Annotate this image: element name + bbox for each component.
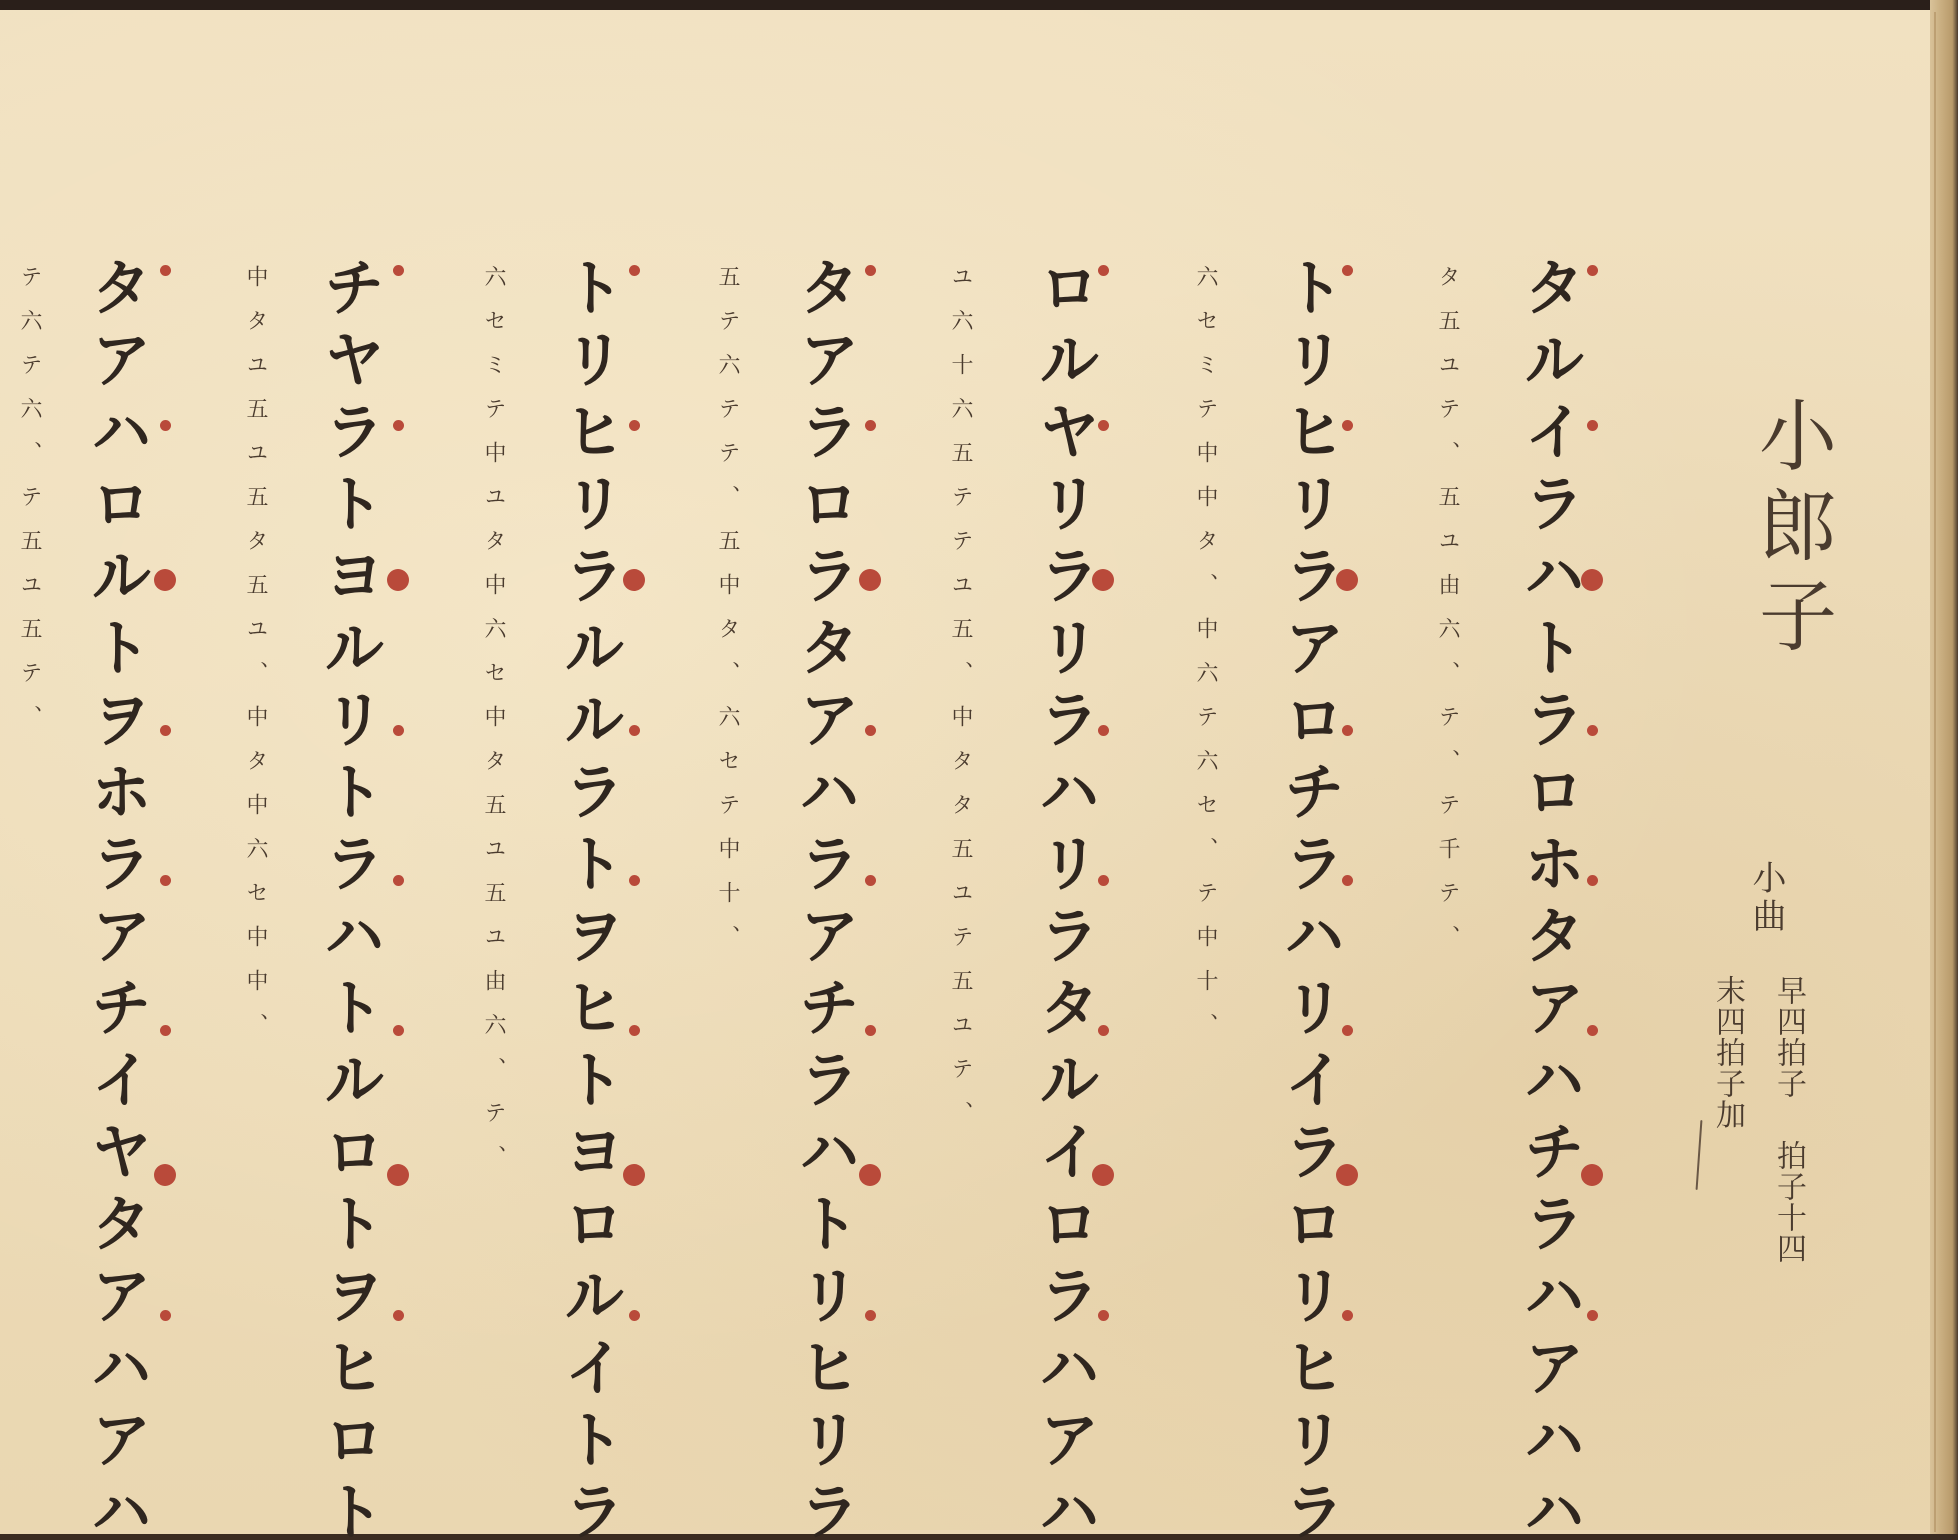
annotation-column-2: 六セミテ中中タ、中六テ六セ、テ中十、: [1190, 265, 1221, 1165]
rhythm-dot: [393, 420, 404, 431]
notation-column-5: トリヒリラルルラトヲヒトヨロルイトラロホタアハア: [545, 255, 634, 1435]
genre-label: 小曲: [1742, 860, 1791, 936]
rhythm-dot: [1587, 725, 1598, 736]
rhythm-dot-large: [387, 569, 409, 591]
rhythm-dot: [393, 725, 404, 736]
rhythm-dot: [160, 1310, 171, 1321]
rhythm-dot: [160, 725, 171, 736]
rhythm-dot: [629, 1025, 640, 1036]
rhythm-dot: [1587, 420, 1598, 431]
rhythm-dot: [629, 265, 640, 276]
notation-column-3: ロルヤリラリラハリラタルイロラハアハハ: [1020, 255, 1109, 1435]
annotation-column-6: 中タユ五ユ五タ五ユ、中タ中六セ中中、: [240, 265, 271, 1165]
meter-main-label: 早四拍子: [1773, 975, 1803, 1099]
rhythm-dot: [393, 265, 404, 276]
rhythm-dot: [629, 725, 640, 736]
rhythm-dot: [629, 875, 640, 886]
rhythm-dot: [1098, 875, 1109, 886]
rhythm-dot-large: [1581, 1164, 1603, 1186]
rhythm-dot: [629, 420, 640, 431]
rhythm-dot: [865, 1310, 876, 1321]
rhythm-dot: [1342, 875, 1353, 886]
rhythm-dot: [1342, 1310, 1353, 1321]
annotation-column-7: テ六テ六、テ五ユ五テ、: [14, 265, 45, 1165]
rhythm-dot-large: [1092, 569, 1114, 591]
notation-column-1: タルイラハトラロホタアハチラハアハハ: [1505, 255, 1594, 1435]
beat-count-label: 拍子十四: [1773, 1140, 1803, 1264]
rhythm-dot-large: [154, 569, 176, 591]
rhythm-dot-large: [1092, 1164, 1114, 1186]
rhythm-dot: [1342, 1025, 1353, 1036]
annotation-column-3: ユ六十六五テテユ五、中タタ五ユテ五ユテ、: [945, 265, 976, 1165]
meter-note-label: 末四拍子加: [1712, 975, 1742, 1130]
rhythm-dot-large: [1336, 569, 1358, 591]
page-bottom-shadow: [0, 1534, 1958, 1540]
rhythm-dot: [160, 420, 171, 431]
rhythm-dot: [1098, 1310, 1109, 1321]
rhythm-dot: [865, 875, 876, 886]
notation-column-6: チヤラトヨルリトラハトルロトヲヒロトホヲハハ: [305, 255, 394, 1435]
rhythm-dot-large: [1581, 569, 1603, 591]
notation-column-4: タアラロラタアハラアチラハトリヒリラチヒイ: [780, 255, 869, 1435]
rhythm-dot: [629, 1310, 640, 1321]
notation-column-7: タアハロルトヲホラアチイヤタアハアハハ: [72, 255, 161, 1435]
rhythm-dot: [160, 265, 171, 276]
rhythm-dot-large: [387, 1164, 409, 1186]
rhythm-dot-large: [859, 1164, 881, 1186]
rhythm-dot: [393, 1025, 404, 1036]
rhythm-dot: [1098, 725, 1109, 736]
rhythm-dot: [1587, 265, 1598, 276]
rhythm-dot: [1342, 725, 1353, 736]
rhythm-dot: [1587, 875, 1598, 886]
rhythm-dot-large: [859, 569, 881, 591]
spine-crease: [1934, 12, 1936, 1532]
rhythm-dot: [865, 725, 876, 736]
rhythm-dot: [160, 1025, 171, 1036]
rhythm-dot-large: [154, 1164, 176, 1186]
rhythm-dot-large: [1336, 1164, 1358, 1186]
rhythm-dot: [1098, 1025, 1109, 1036]
rhythm-dot: [160, 875, 171, 886]
rhythm-dot-large: [623, 1164, 645, 1186]
rhythm-dot: [865, 265, 876, 276]
rhythm-dot: [1587, 1310, 1598, 1321]
rhythm-dot-large: [623, 569, 645, 591]
rhythm-dot: [1098, 265, 1109, 276]
rhythm-dot: [1587, 1025, 1598, 1036]
notation-column-2: トリヒリラアロチラハリイラロリヒリラチヒイハハ: [1265, 255, 1354, 1435]
annotation-column-4: 五テ六テテ、五中タ、六セテ中十、: [712, 265, 743, 1165]
rhythm-dot: [865, 1025, 876, 1036]
rhythm-dot: [865, 420, 876, 431]
annotation-column-5: 六セミテ中ユタ中六セ中タ五ユ五ユ由六、テ、: [478, 265, 509, 1165]
rhythm-dot: [393, 1310, 404, 1321]
rhythm-dot: [1342, 420, 1353, 431]
rhythm-dot: [1098, 420, 1109, 431]
rhythm-dot: [393, 875, 404, 886]
piece-title: 小郎子: [1735, 395, 1847, 665]
rhythm-dot: [1342, 265, 1353, 276]
annotation-column-1: タ五ユテ、五ユ由六、テ、テ千テ、: [1432, 265, 1463, 1165]
